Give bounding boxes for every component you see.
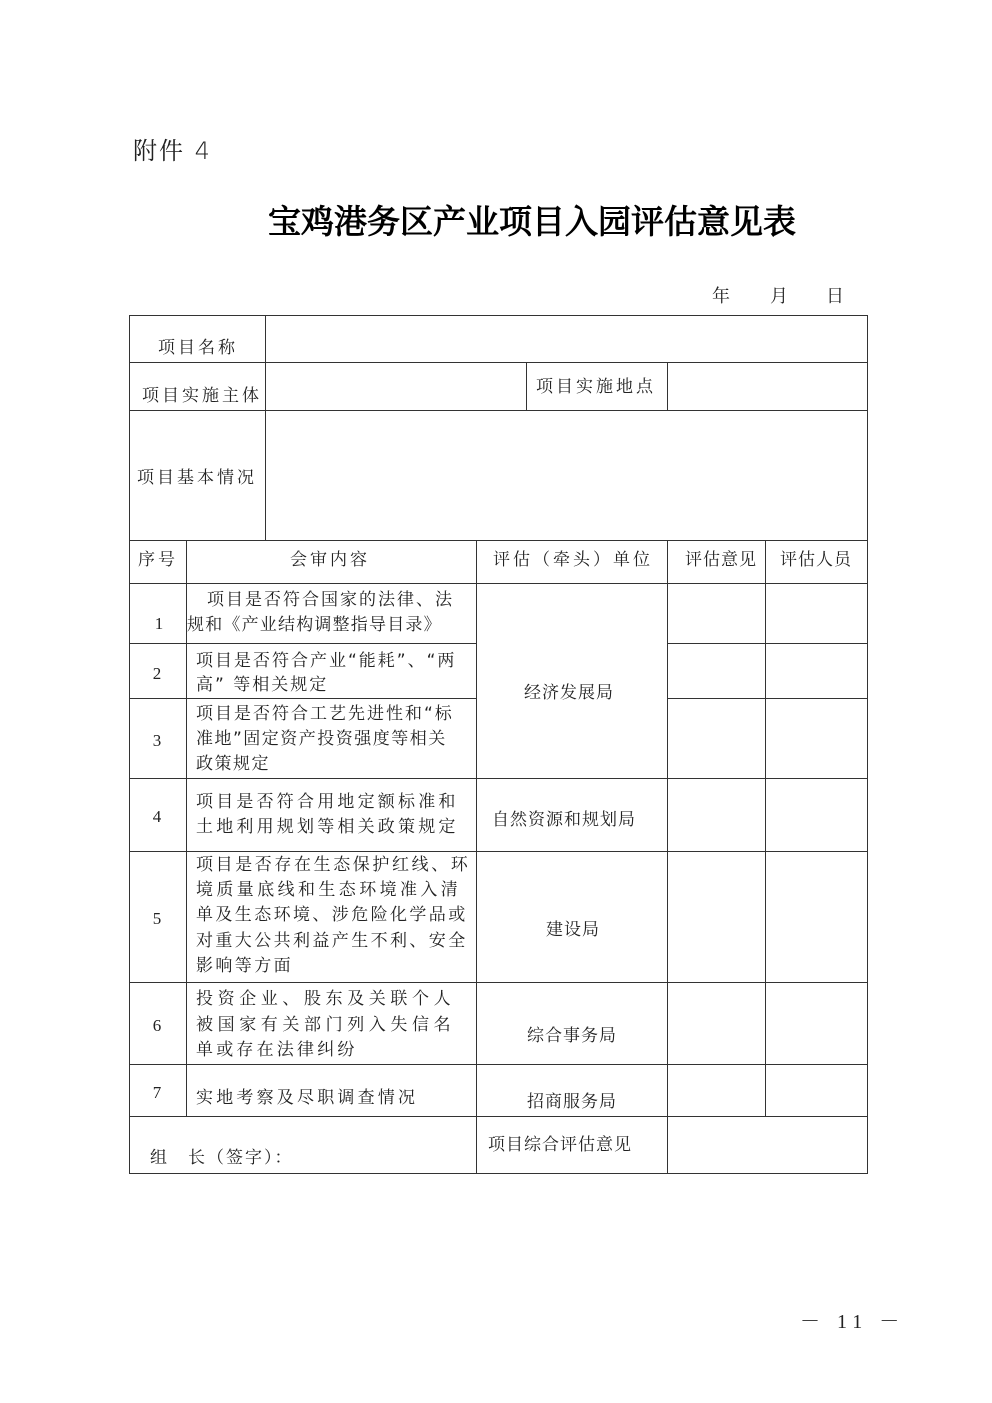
project-name-field[interactable] [267, 317, 866, 361]
header-opinion: 评估意见 [685, 548, 757, 573]
row-content-line: 单或存在法律纠纷 [196, 1038, 358, 1063]
date-day: 日 [826, 282, 844, 308]
assessor-cell[interactable] [767, 780, 866, 850]
row-no: 3 [129, 731, 185, 751]
opinion-cell[interactable] [669, 645, 764, 697]
opinion-cell[interactable] [669, 585, 764, 642]
assessor-cell[interactable] [767, 853, 866, 981]
assessor-cell[interactable] [767, 700, 866, 777]
col-divider [667, 362, 668, 410]
row-content-line: 土地利用规划等相关政策规定 [196, 815, 459, 840]
row-content-line: 高” 等相关规定 [196, 673, 328, 698]
row-content-line: 被国家有关部门列入失信名 [196, 1013, 455, 1038]
header-no: 序号 [138, 548, 178, 573]
page-number: － 11 － [800, 1305, 905, 1334]
row-divider [129, 982, 868, 983]
date-year: 年 [712, 282, 770, 308]
location-label: 项目实施地点 [536, 375, 656, 400]
row-unit: 综合事务局 [527, 1024, 617, 1049]
opinion-cell[interactable] [669, 984, 764, 1063]
row-no: 4 [129, 807, 185, 827]
row-content-line: 规和《产业结构调整指导目录》 [187, 613, 442, 638]
row-content-line: 项目是否符合国家的法律、法 [188, 588, 454, 613]
col-divider [526, 362, 527, 410]
table-border-top [129, 315, 868, 316]
row-content-line: 影响等方面 [196, 954, 293, 979]
row-divider [667, 698, 868, 699]
row-no: 7 [129, 1083, 185, 1103]
opinion-cell[interactable] [669, 853, 764, 981]
row-content-line: 实地考察及尽职调查情况 [196, 1086, 418, 1111]
leader-signature-field[interactable] [131, 1118, 475, 1172]
implementing-entity-label: 项目实施主体 [142, 384, 262, 409]
col-divider [476, 540, 477, 1173]
row-content-line: 政策规定 [196, 752, 270, 777]
header-content: 会审内容 [290, 548, 370, 573]
row-divider [129, 851, 868, 852]
attachment-label: 附件 4 [133, 131, 212, 166]
row-unit: 招商服务局 [527, 1090, 617, 1115]
assessor-cell[interactable] [767, 1066, 866, 1115]
row-divider [129, 583, 868, 584]
row-divider [667, 643, 868, 644]
row-content-line: 项目是否存在生态保护红线、环 [196, 853, 470, 878]
header-assessor: 评估人员 [780, 548, 852, 573]
row-divider [129, 778, 868, 779]
row-no: 5 [129, 909, 185, 929]
row-divider [129, 362, 868, 363]
row-divider [129, 643, 476, 644]
opinion-cell[interactable] [669, 1066, 764, 1115]
row-content-line: 准地”固定资产投资强度等相关 [196, 727, 447, 752]
basic-info-field[interactable] [267, 412, 866, 539]
assessor-cell[interactable] [767, 645, 866, 697]
page-title: 宝鸡港务区产业项目入园评估意见表 [268, 196, 796, 243]
overall-opinion-label: 项目综合评估意见 [488, 1133, 632, 1158]
row-divider [129, 698, 476, 699]
row-content-line: 投资企业、股东及关联个人 [196, 987, 455, 1012]
opinion-cell[interactable] [669, 780, 764, 850]
row-unit: 建设局 [546, 918, 600, 943]
assessor-cell[interactable] [767, 585, 866, 642]
location-field[interactable] [669, 364, 866, 409]
col-divider [765, 540, 766, 1116]
row-content-line: 对重大公共利益产生不利、安全 [196, 929, 468, 954]
basic-info-label: 项目基本情况 [137, 466, 257, 491]
col-divider [667, 540, 668, 1173]
row-no: 2 [129, 664, 185, 684]
row-content-line: 境质量底线和生态环境准入清 [196, 878, 461, 903]
row-content-line: 项目是否符合工艺先进性和“标 [196, 702, 454, 727]
row-content-line: 项目是否符合产业“能耗”、“两 [196, 649, 456, 674]
row-no: 1 [131, 614, 187, 634]
date-line: 年月日 [712, 282, 844, 308]
row-content-line: 项目是否符合用地定额标准和 [196, 790, 459, 815]
row-content-line: 单及生态环境、涉危险化学品或 [196, 903, 468, 928]
header-unit: 评估（牵头）单位 [493, 548, 653, 573]
table-border-right [867, 315, 868, 1173]
row-unit: 自然资源和规划局 [492, 808, 636, 833]
opinion-cell[interactable] [669, 700, 764, 777]
unit-economic-development: 经济发展局 [524, 681, 614, 706]
row-divider [129, 1116, 868, 1117]
row-no: 6 [129, 1016, 185, 1036]
project-name-label: 项目名称 [158, 336, 238, 361]
table-border-bottom [129, 1173, 868, 1174]
col-divider [265, 315, 266, 540]
row-divider [129, 410, 868, 411]
row-divider [129, 540, 868, 541]
row-divider [129, 1064, 868, 1065]
assessor-cell[interactable] [767, 984, 866, 1063]
date-month: 月 [770, 282, 826, 308]
implementing-entity-field[interactable] [267, 364, 525, 409]
overall-opinion-field[interactable] [669, 1118, 866, 1172]
